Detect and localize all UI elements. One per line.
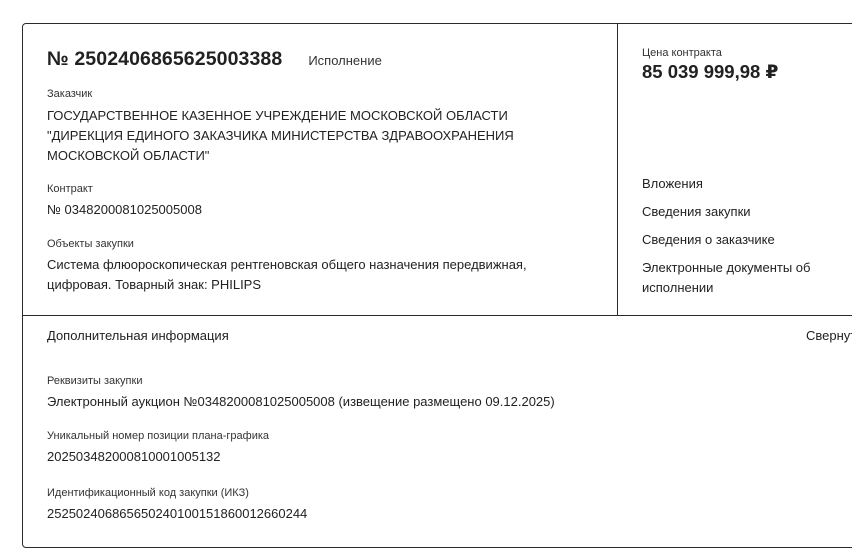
procurement-objects-value: Система флюороскопическая рентгеновская … [47, 255, 587, 295]
plan-position-label: Уникальный номер позиции плана-графика [47, 430, 269, 442]
contract-value: № 0348200081025005008 [47, 200, 202, 220]
link-execution-documents[interactable]: Электронные документы об исполнении [642, 258, 842, 298]
ikz-label: Идентификационный код закупки (ИКЗ) [47, 487, 307, 499]
additional-info-title: Дополнительная информация [47, 328, 229, 343]
contract-summary-section: № 2502406865625003388 Исполнение Заказчи… [23, 24, 852, 316]
contract-block: Контракт № 0348200081025005008 [47, 183, 202, 220]
procurement-details-value[interactable]: Электронный аукцион №0348200081025005008… [47, 392, 555, 412]
procurement-objects-label: Объекты закупки [47, 238, 587, 250]
ikz-block: Идентификационный код закупки (ИКЗ) 2525… [47, 487, 307, 524]
contract-price-label: Цена контракта [642, 47, 778, 59]
link-customer-info[interactable]: Сведения о заказчике [642, 230, 842, 250]
contract-price-value: 85 039 999,98 ₽ [642, 61, 778, 83]
customer-label: Заказчик [47, 88, 587, 100]
collapse-button[interactable]: Свернуть [806, 328, 852, 343]
status-badge: Исполнение [308, 53, 382, 68]
contract-price-block: Цена контракта 85 039 999,98 ₽ [642, 47, 778, 83]
contract-header: № 2502406865625003388 Исполнение [47, 48, 382, 71]
contract-card: № 2502406865625003388 Исполнение Заказчи… [22, 23, 852, 548]
contract-main-info: № 2502406865625003388 Исполнение Заказчи… [23, 24, 618, 315]
registry-number[interactable]: № 2502406865625003388 [47, 48, 282, 71]
contract-label: Контракт [47, 183, 202, 195]
plan-position-block: Уникальный номер позиции плана-графика 2… [47, 430, 269, 467]
procurement-objects-block: Объекты закупки Система флюороскопическа… [47, 238, 587, 295]
customer-block: Заказчик ГОСУДАРСТВЕННОЕ КАЗЕННОЕ УЧРЕЖД… [47, 88, 587, 166]
customer-value[interactable]: ГОСУДАРСТВЕННОЕ КАЗЕННОЕ УЧРЕЖДЕНИЕ МОСК… [47, 106, 587, 166]
link-attachments[interactable]: Вложения [642, 174, 842, 194]
ikz-value: 252502406865650240100151860012660244 [47, 504, 307, 524]
contract-side-panel: Цена контракта 85 039 999,98 ₽ Вложения … [618, 24, 852, 315]
procurement-details-block: Реквизиты закупки Электронный аукцион №0… [47, 375, 555, 412]
side-navigation: Вложения Сведения закупки Сведения о зак… [642, 174, 842, 306]
plan-position-value: 202503482000810001005132 [47, 447, 269, 467]
procurement-details-label: Реквизиты закупки [47, 375, 555, 387]
link-procurement-info[interactable]: Сведения закупки [642, 202, 842, 222]
